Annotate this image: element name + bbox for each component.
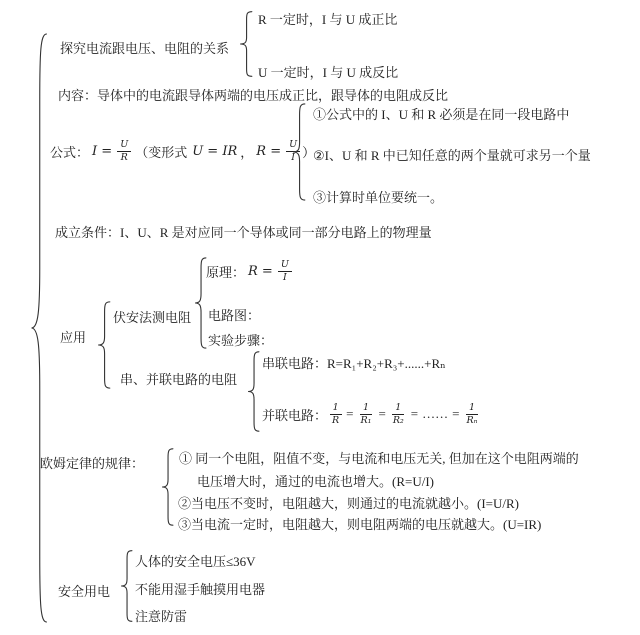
parallel-frac-rn: 1 Rₙ	[463, 402, 480, 426]
formula-label: 公式：	[50, 142, 89, 161]
formula-i-eq: I =	[92, 144, 112, 159]
principle-label: 原理：	[206, 262, 245, 281]
parallel-label: 并联电路：	[262, 405, 327, 424]
rule-1-line-2: 电压增大时，通过的电流也增大。(R=U/I)	[197, 473, 434, 490]
safety-item-voltage: 人体的安全电压≤36V	[135, 553, 256, 570]
parallel-eq-2: =	[378, 406, 385, 422]
safety-item-lightning: 注意防雷	[135, 608, 187, 625]
parallel-frac-r2: 1 R₂	[390, 402, 407, 426]
explore-brace-icon	[239, 11, 253, 77]
safety-label: 安全用电	[58, 583, 110, 600]
parallel-eq-1: =	[346, 406, 353, 422]
explore-label: 探究电流跟电压、电阻的关系	[60, 40, 229, 57]
condition-statement: 成立条件：I、U、R 是对应同一个导体或同一部分电路上的物理量	[55, 224, 432, 241]
formula-note-2: ②I、U 和 R 中已知任意的两个量就可求另一个量	[313, 147, 591, 164]
parallel-circuit-formula: 并联电路： 1 R = 1 R₁ = 1 R₂ = …… = 1 Rₙ	[262, 399, 483, 429]
formula-frac-ur: U R	[117, 139, 131, 163]
application-label: 应用	[60, 329, 86, 346]
root-brace-icon	[30, 28, 48, 628]
principle-r-eq: R =	[248, 264, 273, 279]
series-parallel-label: 串、并联电路的电阻	[120, 371, 237, 388]
application-brace-icon	[97, 301, 111, 389]
explore-item-direct: R 一定时，I 与 U 成正比	[258, 11, 397, 28]
formula-variant-comma: ，	[240, 142, 253, 161]
explore-item-inverse: U 一定时，I 与 U 成反比	[258, 64, 398, 81]
formula-r-eq: R =	[256, 144, 281, 159]
ohms-law-concept-map: 探究电流跟电压、电阻的关系 R 一定时，I 与 U 成正比 U 一定时，I 与 …	[0, 0, 640, 635]
experiment-steps-label: 实验步骤：	[208, 332, 273, 349]
parallel-dots: ……	[422, 406, 448, 422]
safety-brace-icon	[120, 550, 133, 622]
circuit-diagram-label: 电路图：	[208, 307, 260, 324]
parallel-frac-r1: 1 R₁	[358, 402, 375, 426]
formula-brace-icon	[292, 103, 306, 201]
formula-variant-open: （变形式	[135, 142, 187, 161]
parallel-frac-r: 1 R	[329, 402, 342, 426]
content-statement: 内容：导体中的电流跟导体两端的电压成正比，跟导体的电阻成反比	[58, 87, 448, 104]
series-circuit-formula: 串联电路：R=R₁+R₂+R₃+......+Rₙ	[262, 355, 446, 372]
formula-row: 公式： I = U R （变形式 U = IR ， R = U I ）	[50, 136, 315, 166]
principle-frac-ui: U I	[278, 259, 292, 283]
rule-1-line-1: ① 同一个电阻，阻值不变，与电流和电压无关, 但加在这个电阻两端的	[179, 450, 579, 467]
formula-note-1: ①公式中的 I、U 和 R 必须是在同一段电路中	[313, 106, 569, 123]
rules-label: 欧姆定律的规律：	[40, 455, 144, 472]
safety-item-wet-hands: 不能用湿手触摸用电器	[135, 581, 265, 598]
rule-2: ②当电压不变时，电阻越大，则通过的电流就越小。(I=U/R)	[178, 495, 519, 512]
series-parallel-brace-icon	[247, 351, 260, 432]
parallel-eq-4: =	[452, 406, 459, 422]
parallel-eq-3: =	[411, 406, 418, 422]
formula-variant-uir: U = IR	[192, 144, 237, 159]
principle-row: 原理： R = U I	[206, 258, 294, 284]
volt-ampere-label: 伏安法测电阻	[113, 309, 191, 326]
rule-3: ③当电流一定时，电阻越大，则电阻两端的电压就越大。(U=IR)	[178, 516, 541, 533]
formula-note-3: ③计算时单位要统一。	[313, 189, 443, 206]
rules-brace-icon	[161, 448, 174, 526]
